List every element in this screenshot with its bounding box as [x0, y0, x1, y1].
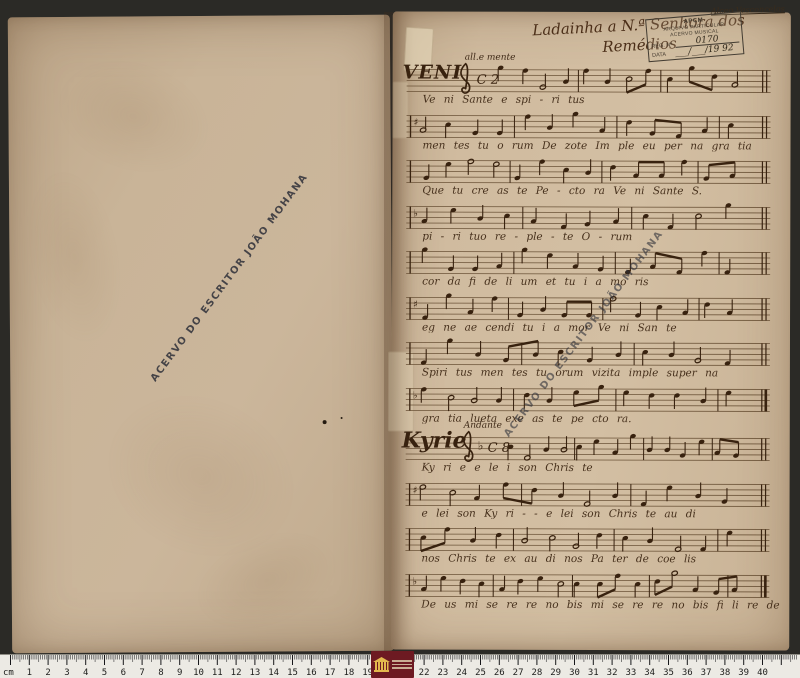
registration-stamp-box: APCM ARQUIVO PARTICULAR ACERVO MUSICAL R…: [645, 11, 744, 62]
accidental: ♭: [412, 576, 417, 587]
lyrics-line: nos Chris te ex au di nos Pa ter de coe …: [401, 554, 779, 565]
stamp-date-label: DATA: [652, 52, 666, 59]
time-signature: C 2: [477, 73, 499, 88]
ruler-number: 1: [27, 668, 32, 678]
lyrics-line: Ve ni Sante e spi - ri tus: [403, 95, 781, 106]
ruler-number: 13: [249, 668, 260, 678]
badge-text-lines: [392, 660, 412, 669]
ruler-number: 16: [306, 668, 317, 678]
ruler-number: 10: [193, 668, 204, 678]
ruler-number: 15: [287, 668, 298, 678]
ruler-unit-label: cm: [3, 668, 14, 678]
ruler-number: 3: [64, 668, 69, 678]
ruler-number: 9: [177, 668, 182, 678]
music-system: cor da fi de li um et tu i a mo ris: [402, 244, 780, 288]
music-system: KyrieAndante♭C 8Ky ri e e le i son Chris…: [402, 430, 780, 474]
ruler-number: 11: [212, 668, 223, 678]
ruler-number: 29: [550, 668, 561, 678]
ruler-number: 14: [268, 668, 279, 678]
ruler-number: 39: [738, 668, 749, 678]
ruler-number: 30: [569, 668, 580, 678]
music-system: ♭pi - ri tuo re - ple - te O - rum: [402, 198, 780, 242]
tempo-marking: all.e mente: [465, 53, 516, 63]
section-label: Kyrie: [402, 428, 467, 454]
lyrics-line: men tes tu o rum De zote Im ple eu per n…: [402, 140, 780, 151]
ruler-number: 37: [701, 668, 712, 678]
ruler-number: 25: [475, 668, 486, 678]
music-system: ♭gra tia lueta exe as te pe cto ra.: [402, 380, 780, 424]
music-system: ♯men tes tu o rum De zote Im ple eu per …: [402, 107, 780, 151]
ruler-number: 2: [45, 668, 50, 678]
music-system: ♯e lei son Ky ri - - e lei son Chris te …: [402, 475, 780, 519]
scanned-manuscript-photo: { "document": { "title_line1": "Ladainha…: [0, 0, 800, 678]
ink-speck: [341, 417, 343, 419]
music-system: Que tu cre as te Pe - cto ra Ve ni Sante…: [402, 153, 780, 197]
tempo-marking: Andante: [464, 421, 502, 431]
accidental: ♯: [413, 299, 418, 310]
ruler-number: 8: [158, 668, 163, 678]
ruler-number: 36: [682, 668, 693, 678]
ruler-number: 34: [644, 668, 655, 678]
ruler-number: 28: [531, 668, 542, 678]
accidental: ♯: [414, 117, 419, 128]
accidental: ♭: [413, 208, 418, 219]
ruler-number: 26: [494, 668, 505, 678]
lyrics-line: e lei son Ky ri - - e lei son Chris te a…: [402, 508, 780, 519]
music-system: nos Chris te ex au di nos Pa ter de coe …: [401, 521, 779, 565]
ruler-number: 7: [139, 668, 144, 678]
section-label: VENI: [403, 62, 463, 84]
ruler-number: 5: [102, 668, 107, 678]
ruler-number: 40: [757, 668, 768, 678]
left-blank-page: ACERVO DO ESCRITOR JOÃO MOHANA: [8, 15, 394, 654]
cm-ruler: cm12345678910111213141516171819202122232…: [0, 654, 800, 678]
key-signature: ♭: [478, 439, 484, 453]
accidental: ♭: [413, 390, 418, 401]
music-systems-container: VENIall.e menteC 2Ve ni Sante e spi - ri…: [401, 62, 780, 613]
music-system: Spiri tus men tes tu orum vizita imple s…: [402, 335, 780, 379]
time-signature: C 8: [488, 441, 510, 456]
lyrics-line: De us mi se re re no bis mi se re re no …: [401, 599, 779, 610]
treble-clef-icon: [461, 64, 470, 93]
music-manuscript-page: Ladainha a N.ª Senhora dos Remédios Alce…: [391, 11, 791, 650]
ruler-number: 33: [625, 668, 636, 678]
ruler-number: 18: [343, 668, 354, 678]
music-system: ♭De us mi se re re no bis mi se re re no…: [401, 566, 779, 610]
ink-speck: [323, 420, 327, 424]
stamp-reg-label: REG. Nº: [651, 42, 672, 50]
archive-diagonal-stamp-left: ACERVO DO ESCRITOR JOÃO MOHANA: [149, 172, 311, 384]
ruler-number: 27: [513, 668, 524, 678]
ruler-number: 32: [607, 668, 618, 678]
ruler-number: 12: [231, 668, 242, 678]
lyrics-line: Ky ri e e le i son Chris te: [402, 463, 780, 474]
bleedthrough-mark: [14, 160, 135, 353]
ruler-number: 4: [83, 668, 88, 678]
ruler-number: 38: [719, 668, 730, 678]
ruler-number: 35: [663, 668, 674, 678]
lyrics-line: pi - ri tuo re - ple - te O - rum: [402, 231, 780, 242]
lyrics-line: Spiri tus men tes tu orum vizita imple s…: [402, 368, 780, 379]
music-system: VENIall.e menteC 2Ve ni Sante e spi - ri…: [403, 62, 781, 106]
ruler-number: 6: [121, 668, 126, 678]
ruler-number: 31: [588, 668, 599, 678]
ruler-number: 24: [456, 668, 467, 678]
ruler-number: 17: [325, 668, 336, 678]
lyrics-line: cor da fi de li um et tu i a mo ris: [402, 277, 780, 288]
institution-badge: [371, 651, 414, 678]
ruler-number: 23: [437, 668, 448, 678]
lyrics-line: gra tia lueta exe as te pe cto ra.: [402, 413, 780, 424]
ruler-number: 22: [419, 668, 430, 678]
building-icon: [373, 657, 390, 673]
lyrics-line: Que tu cre as te Pe - cto ra Ve ni Sante…: [402, 186, 780, 197]
accidental: ♯: [413, 485, 418, 496]
